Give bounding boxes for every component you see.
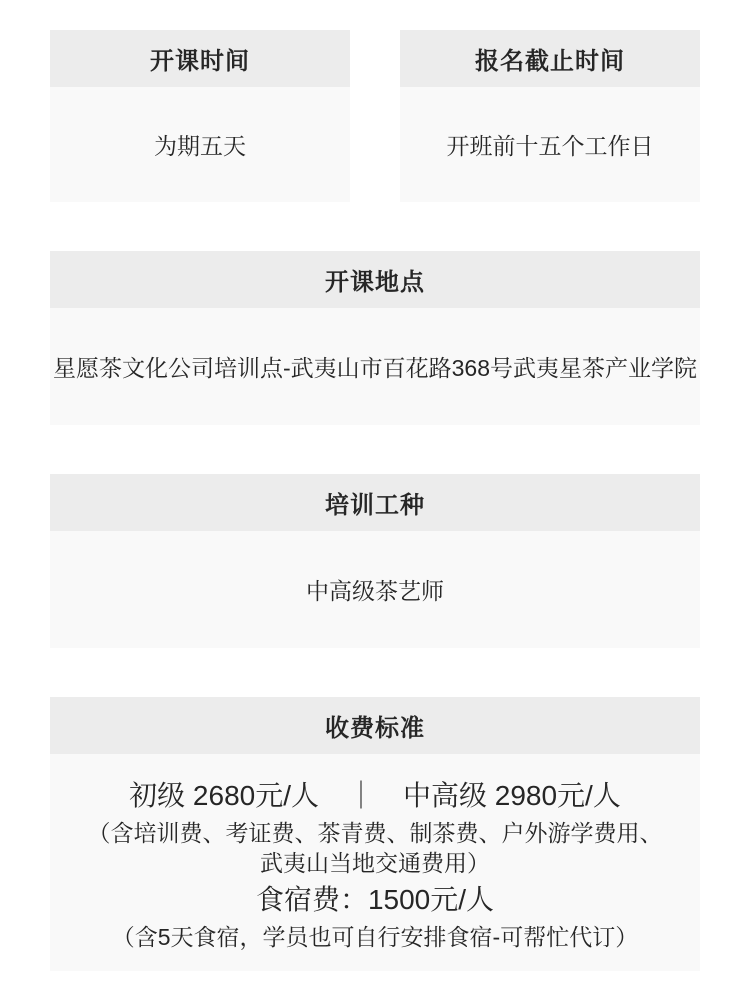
location-value: 星愿茶文化公司培训点-武夷山市百花路368号武夷星茶产业学院 bbox=[53, 350, 697, 383]
lodging-price-line: 食宿费：1500元/人 bbox=[256, 878, 494, 922]
tuition-note-line-2: 武夷山当地交通费用） bbox=[260, 848, 490, 878]
location-card-title: 开课地点 bbox=[325, 262, 425, 297]
fee-card-title: 收费标准 bbox=[325, 708, 425, 743]
tuition-note-line-1: （含培训费、考证费、茶青费、制茶费、户外游学费用、 bbox=[88, 818, 663, 848]
location-card: 开课地点 星愿茶文化公司培训点-武夷山市百花路368号武夷星茶产业学院 bbox=[50, 251, 700, 425]
location-card-header: 开课地点 bbox=[50, 251, 700, 308]
training-type-card-title: 培训工种 bbox=[325, 485, 425, 520]
training-type-value: 中高级茶艺师 bbox=[306, 573, 444, 606]
deadline-card: 报名截止时间 开班前十五个工作日 bbox=[400, 30, 700, 202]
course-time-value: 为期五天 bbox=[154, 128, 246, 161]
course-time-card: 开课时间 为期五天 bbox=[50, 30, 350, 202]
fee-card-header: 收费标准 bbox=[50, 697, 700, 754]
course-time-card-title: 开课时间 bbox=[150, 41, 250, 76]
course-info-page: 开课时间 为期五天 报名截止时间 开班前十五个工作日 开课地点 星愿茶文化公司培… bbox=[0, 0, 750, 993]
course-time-card-header: 开课时间 bbox=[50, 30, 350, 87]
training-type-card: 培训工种 中高级茶艺师 bbox=[50, 474, 700, 648]
fee-card: 收费标准 初级 2680元/人 ｜ 中高级 2980元/人 （含培训费、考证费、… bbox=[50, 697, 700, 971]
course-time-card-body: 为期五天 bbox=[50, 87, 350, 202]
tuition-price-line: 初级 2680元/人 ｜ 中高级 2980元/人 bbox=[129, 774, 621, 818]
schedule-row: 开课时间 为期五天 报名截止时间 开班前十五个工作日 bbox=[50, 30, 700, 202]
deadline-value: 开班前十五个工作日 bbox=[447, 128, 654, 161]
fee-card-body: 初级 2680元/人 ｜ 中高级 2980元/人 （含培训费、考证费、茶青费、制… bbox=[50, 754, 700, 971]
location-card-body: 星愿茶文化公司培训点-武夷山市百花路368号武夷星茶产业学院 bbox=[50, 308, 700, 425]
deadline-card-body: 开班前十五个工作日 bbox=[400, 87, 700, 202]
lodging-note-line: （含5天食宿，学员也可自行安排食宿-可帮忙代订） bbox=[112, 922, 638, 952]
deadline-card-header: 报名截止时间 bbox=[400, 30, 700, 87]
training-type-card-header: 培训工种 bbox=[50, 474, 700, 531]
training-type-card-body: 中高级茶艺师 bbox=[50, 531, 700, 648]
deadline-card-title: 报名截止时间 bbox=[475, 41, 625, 76]
